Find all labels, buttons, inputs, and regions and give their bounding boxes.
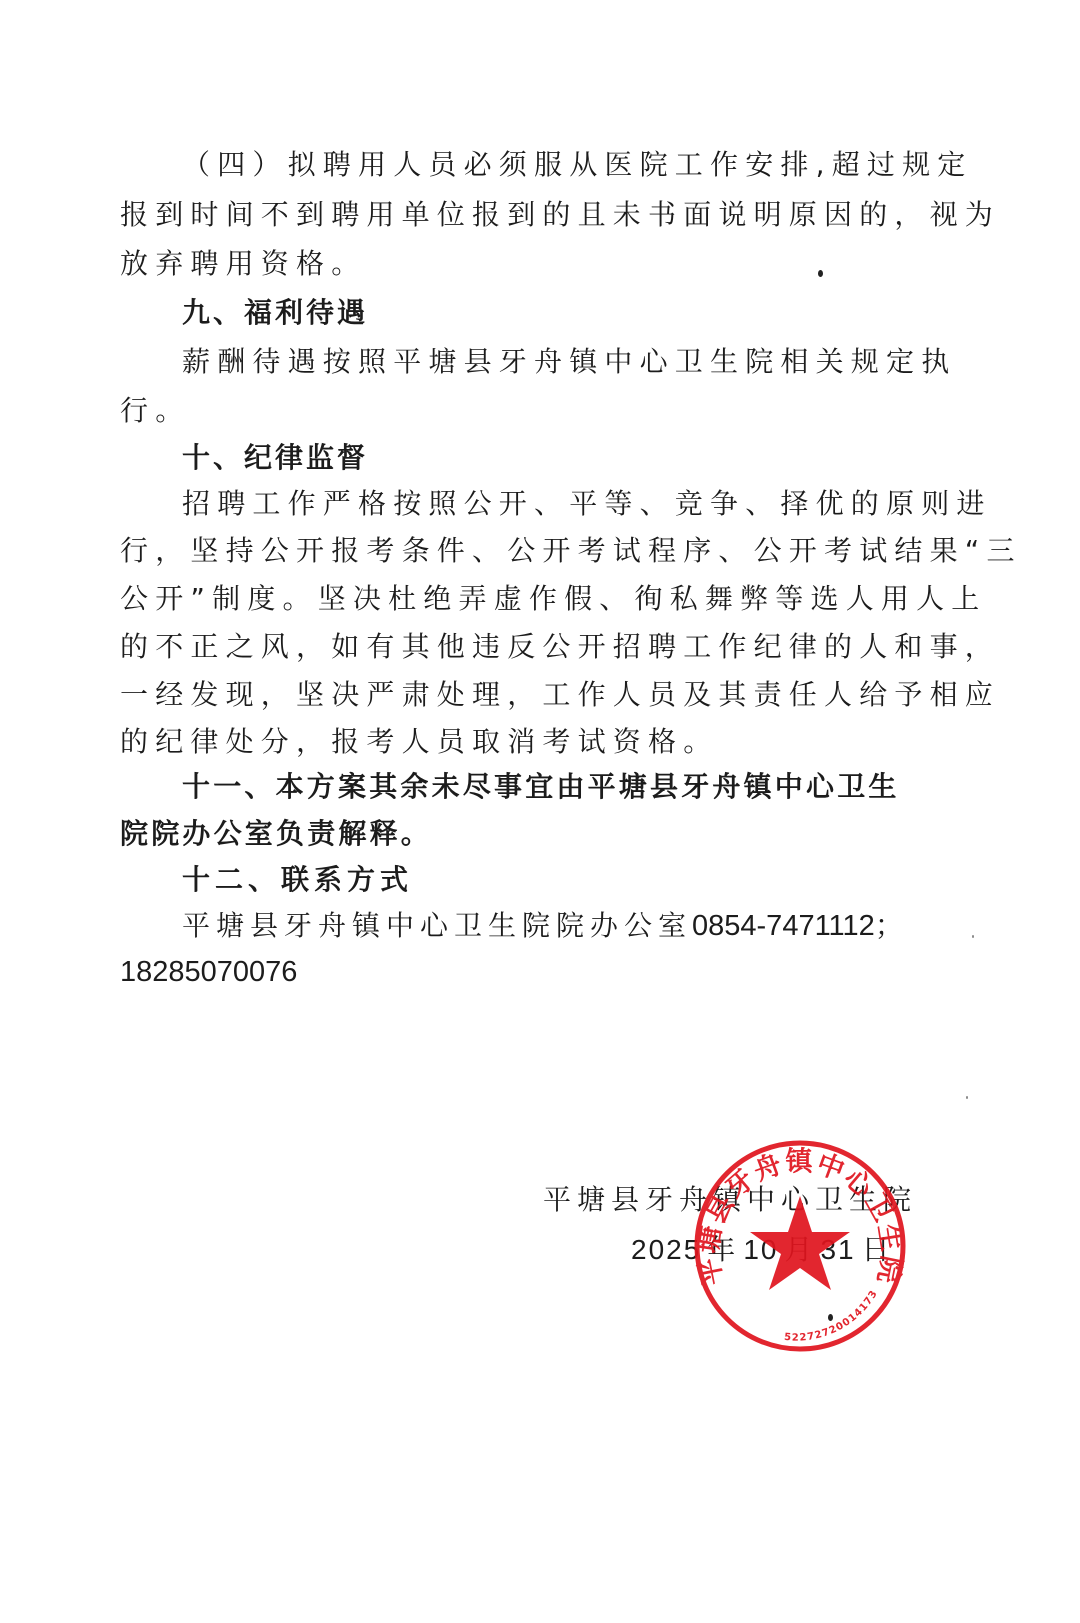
paragraph-line: 报到时间不到聘用单位报到的且未书面说明原因的，视为 — [120, 195, 900, 235]
paragraph-line: 的纪律处分，报考人员取消考试资格。 — [120, 722, 900, 762]
date-year-char: 年 — [707, 1233, 737, 1266]
paragraph-line: 行。 — [120, 391, 900, 431]
contact-office: 平塘县牙舟镇中心卫生院院办公室 — [182, 909, 692, 942]
paragraph-line: 公开”制度。坚决杜绝弄虚作假、徇私舞弊等选人用人上 — [120, 579, 900, 619]
signature-organization: 平塘县牙舟镇中心卫生院 — [543, 1180, 917, 1220]
document-page: （四）拟聘用人员必须服从医院工作安排,超过规定 报到时间不到聘用单位报到的且未书… — [0, 0, 1080, 1623]
signature-date: 2025年10月31日 — [631, 1230, 898, 1270]
paragraph-line: 招聘工作严格按照公开、平等、竞争、择优的原则进 — [182, 484, 962, 524]
date-month: 10 — [743, 1234, 778, 1265]
section-heading-benefits: 九、福利待遇 — [182, 293, 962, 333]
date-day-char: 日 — [862, 1233, 892, 1266]
paragraph-line: 的不正之风，如有其他违反公开招聘工作纪律的人和事， — [120, 627, 900, 667]
paragraph-line-bold: 院院办公室负责解释。 — [120, 814, 900, 854]
contact-line: 平塘县牙舟镇中心卫生院院办公室0854-7471112； — [182, 906, 962, 946]
scan-speck — [966, 1096, 968, 1099]
paragraph-line: 放弃聘用资格。 — [120, 244, 900, 284]
scan-speck — [828, 1314, 833, 1321]
paragraph-line: （四）拟聘用人员必须服从医院工作安排,超过规定 — [182, 145, 962, 185]
paragraph-line-bold: 十一、本方案其余未尽事宜由平塘县牙舟镇中心卫生 — [182, 767, 962, 807]
date-year: 2025 — [631, 1234, 701, 1265]
paragraph-line: 薪酬待遇按照平塘县牙舟镇中心卫生院相关规定执 — [182, 342, 962, 382]
contact-phone-mobile: 18285070076 — [120, 952, 900, 992]
date-month-char: 月 — [784, 1233, 814, 1266]
scan-speck — [818, 270, 823, 277]
contact-phone-landline: 0854-7471112； — [692, 910, 904, 942]
section-heading-contact: 十二、联系方式 — [182, 860, 962, 900]
paragraph-line: 一经发现，坚决严肃处理，工作人员及其责任人给予相应 — [120, 675, 900, 715]
section-heading-discipline: 十、纪律监督 — [182, 438, 962, 478]
scan-speck — [972, 935, 974, 938]
paragraph-line: 行，坚持公开报考条件、公开考试程序、公开考试结果“三 — [120, 531, 900, 571]
date-day: 31 — [820, 1234, 855, 1265]
